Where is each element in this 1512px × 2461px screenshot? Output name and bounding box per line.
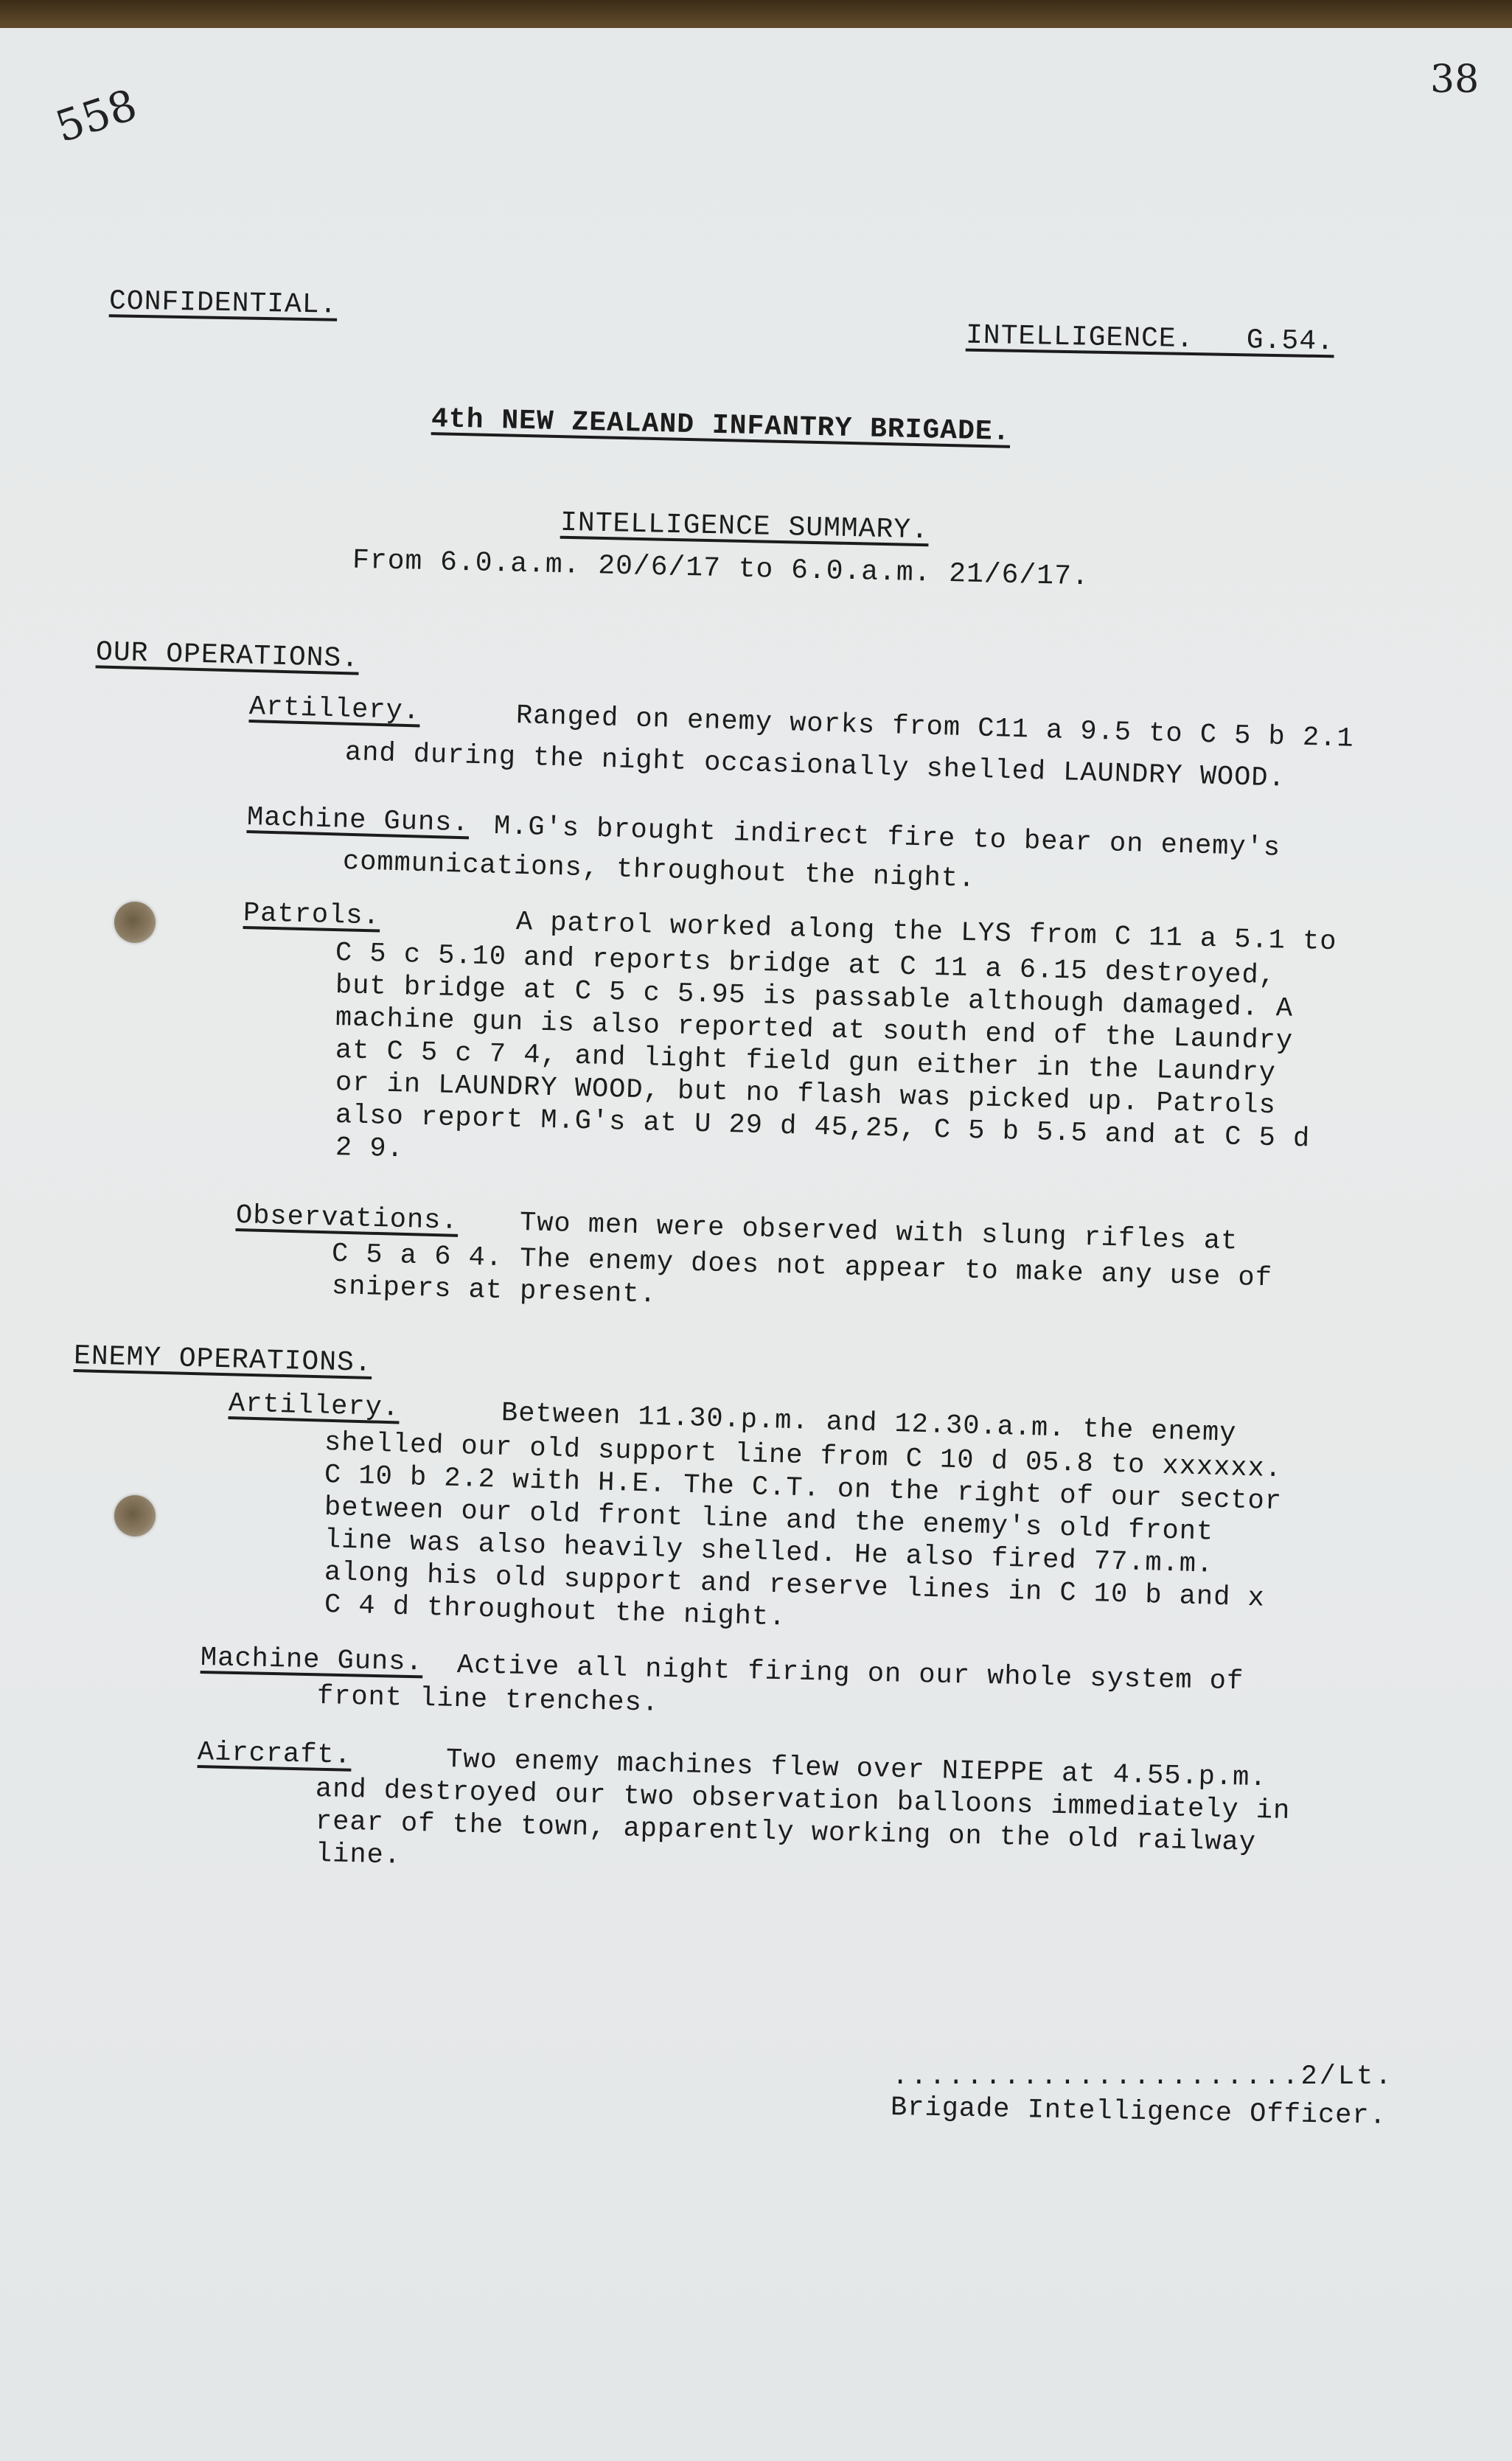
paragraph-line: line. [316, 1839, 402, 1872]
folio-number: 558 [49, 80, 142, 153]
paragraph-label: Patrols. [243, 898, 380, 933]
signatory-title: Brigade Intelligence Officer. [891, 2092, 1387, 2132]
paragraph-line: snipers at present. [331, 1271, 657, 1311]
paragraph-label: Machine Guns. [246, 802, 470, 839]
paragraph-label: Artillery. [228, 1388, 400, 1424]
punch-hole-upper [114, 902, 156, 943]
summary-title: INTELLIGENCE SUMMARY. [560, 507, 930, 546]
period-line: From 6.0.a.m. 20/6/17 to 6.0.a.m. 21/6/1… [352, 545, 1090, 594]
unit-title: 4th NEW ZEALAND INFANTRY BRIGADE. [431, 403, 1011, 448]
paragraph-line: 2 9. [335, 1132, 404, 1165]
section-heading-our-operations: OUR OPERATIONS. [95, 636, 359, 675]
paragraph-label: Machine Guns. [201, 1643, 423, 1678]
paragraph-label: Observations. [235, 1200, 459, 1237]
paragraph-line: communications, throughout the night. [342, 846, 975, 895]
reference-label: INTELLIGENCE. G.54. [966, 320, 1335, 358]
classification-label: CONFIDENTIAL. [109, 285, 338, 321]
paragraph-label: Aircraft. [198, 1737, 352, 1772]
paragraph-label: Artillery. [248, 692, 420, 727]
document-page: 558 38 CONFIDENTIAL. INTELLIGENCE. G.54.… [0, 28, 1512, 2461]
signature-line: ......................2/Lt. [892, 2061, 1394, 2092]
paragraph-line: front line trenches. [317, 1681, 660, 1719]
section-heading-enemy-operations: ENEMY OPERATIONS. [74, 1340, 373, 1379]
punch-hole-lower [114, 1495, 156, 1536]
page-number: 38 [1430, 58, 1479, 102]
